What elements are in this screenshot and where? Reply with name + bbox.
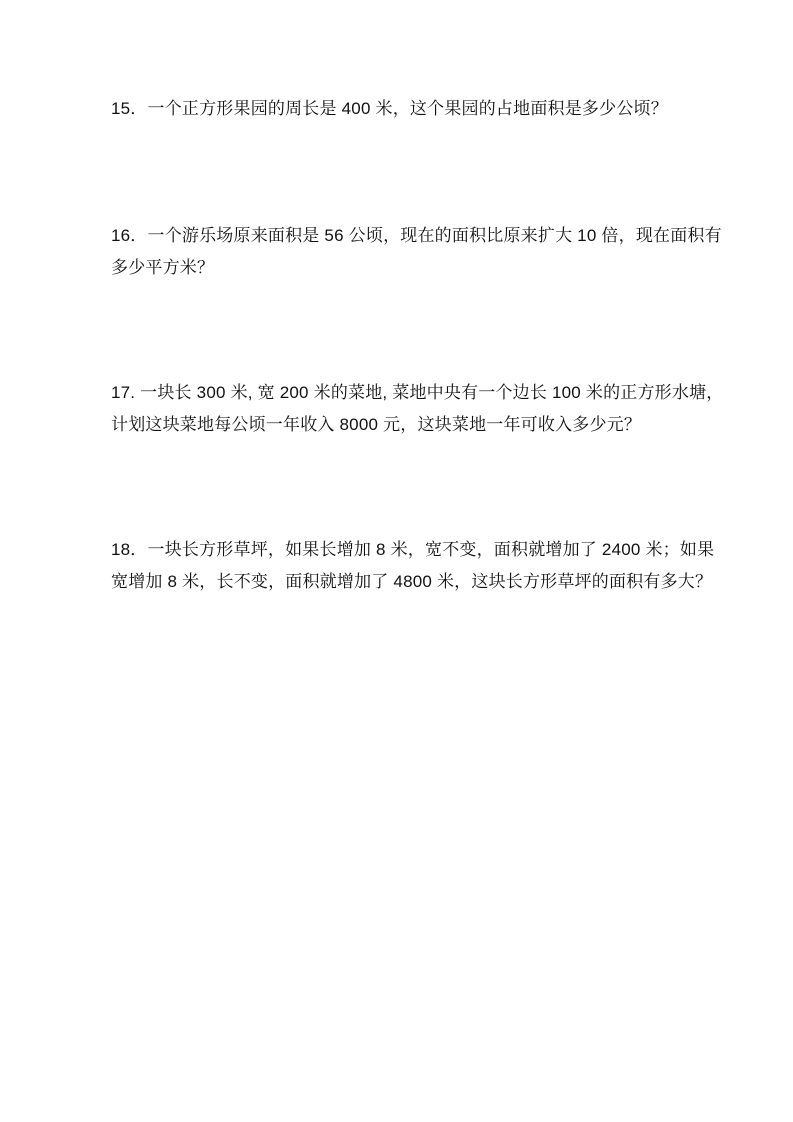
problem-18: 18．一块长方形草坪，如果长增加 8 米，宽不变，面积就增加了 2400 米；如… <box>111 534 693 598</box>
problem-15: 15．一个正方形果园的周长是 400 米，这个果园的占地面积是多少公顷？ <box>111 93 693 125</box>
problem-18-line-1: 18．一块长方形草坪，如果长增加 8 米，宽不变，面积就增加了 2400 米；如… <box>111 534 693 566</box>
problem-16-line-2: 多少平方米？ <box>111 252 693 284</box>
problem-18-line-2: 宽增加 8 米，长不变，面积就增加了 4800 米，这块长方形草坪的面积有多大？ <box>111 566 693 598</box>
problem-17: 17. 一块长 300 米, 宽 200 米的菜地, 菜地中央有一个边长 100… <box>111 377 693 441</box>
problem-17-line-1: 17. 一块长 300 米, 宽 200 米的菜地, 菜地中央有一个边长 100… <box>111 377 693 409</box>
worksheet-page: 15．一个正方形果园的周长是 400 米，这个果园的占地面积是多少公顷？ 16．… <box>0 0 793 1122</box>
problem-16-line-1: 16．一个游乐场原来面积是 56 公顷，现在的面积比原来扩大 10 倍，现在面积… <box>111 220 693 252</box>
problem-15-line-1: 15．一个正方形果园的周长是 400 米，这个果园的占地面积是多少公顷？ <box>111 93 693 125</box>
problem-17-line-2: 计划这块菜地每公顷一年收入 8000 元，这块菜地一年可收入多少元？ <box>111 409 693 441</box>
problem-16: 16．一个游乐场原来面积是 56 公顷，现在的面积比原来扩大 10 倍，现在面积… <box>111 220 693 284</box>
